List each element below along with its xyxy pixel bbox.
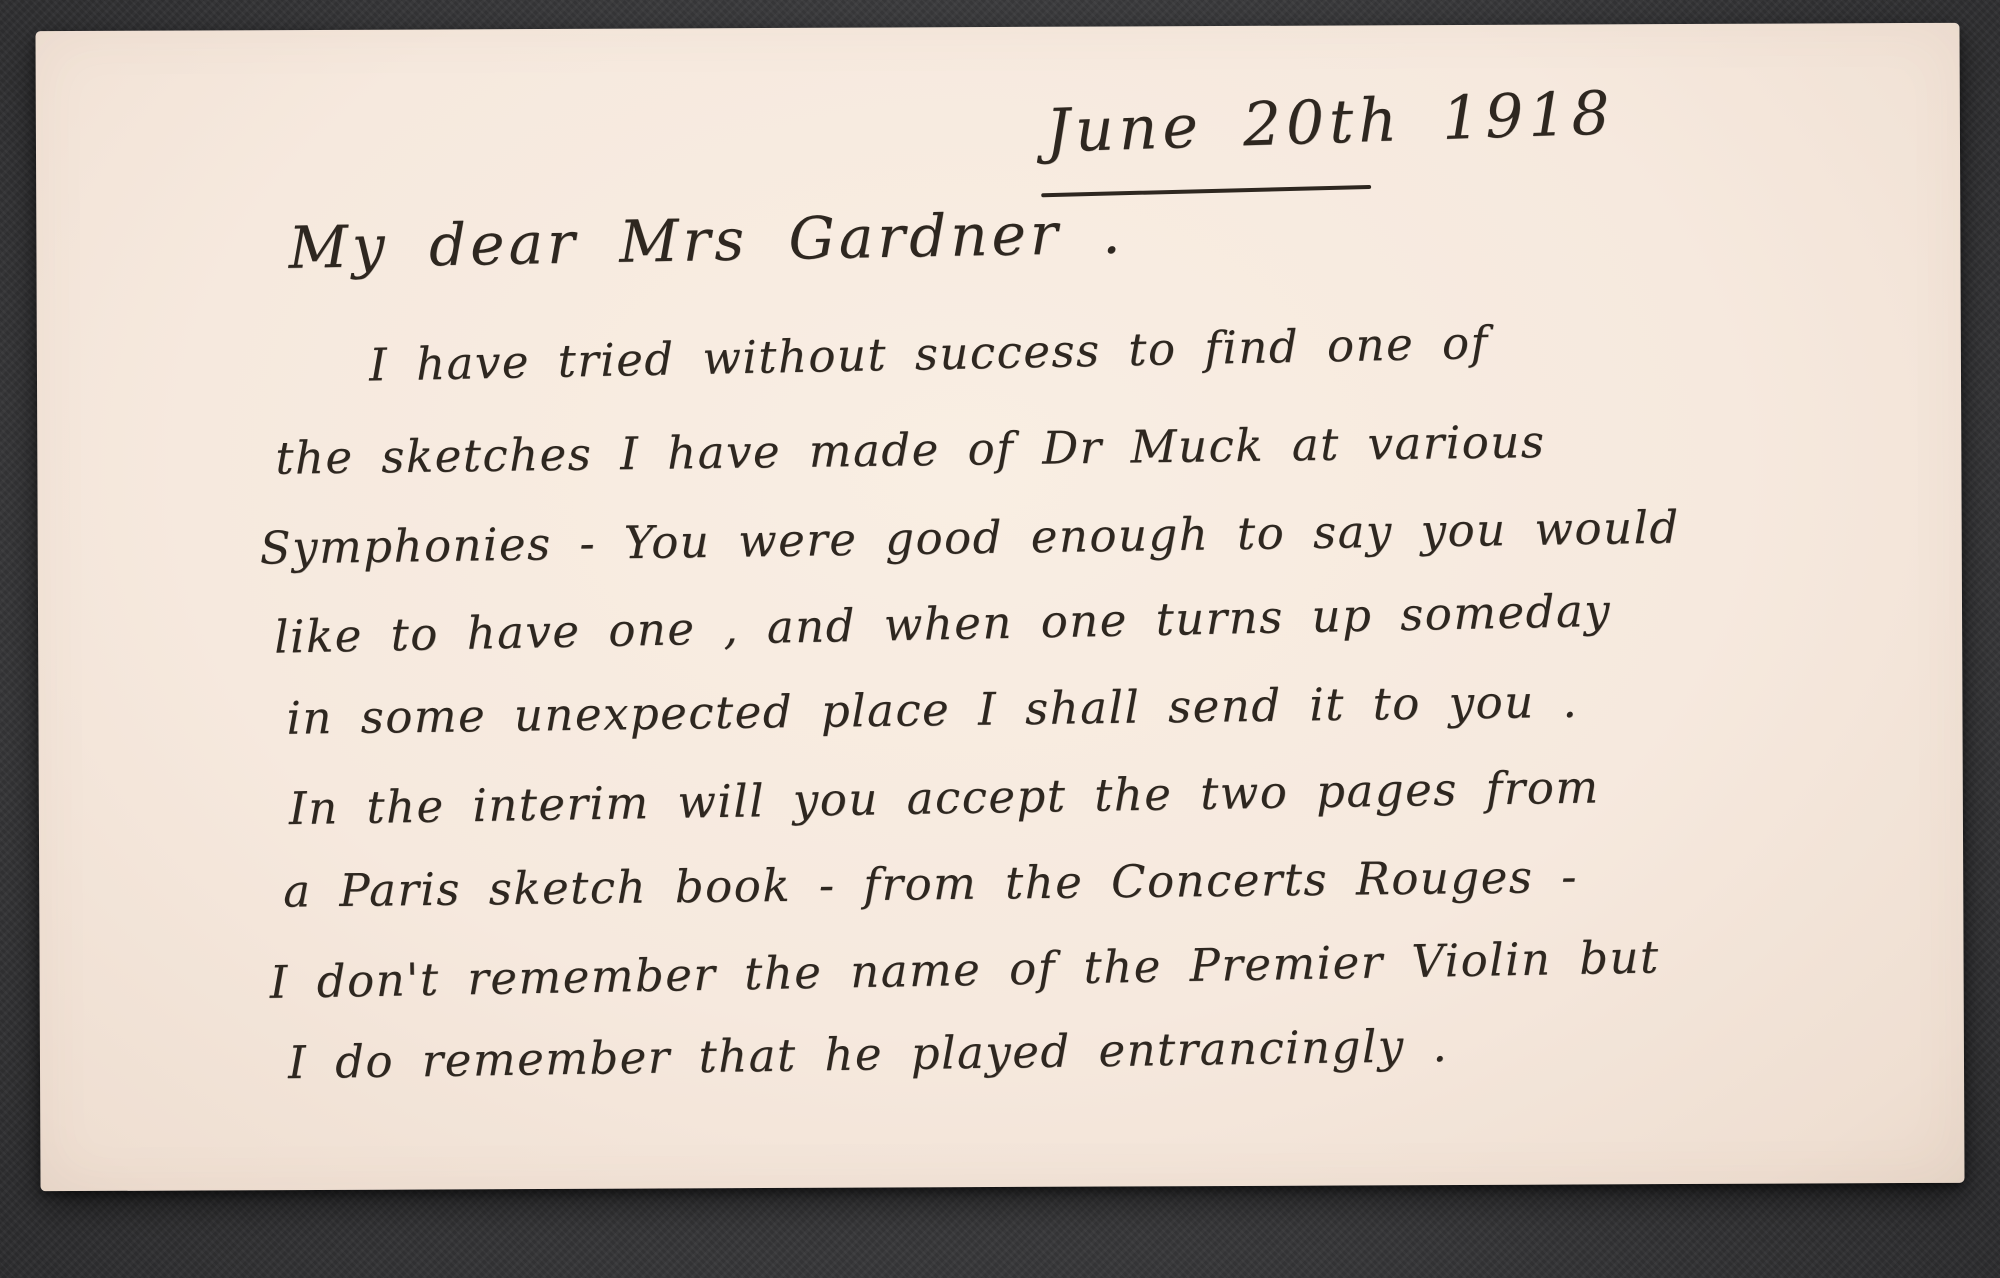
- letter-body-line: I don't remember the name of the Premier…: [269, 930, 1660, 1008]
- letter-body-line: the sketches I have made of Dr Muck at v…: [275, 415, 1546, 485]
- letter-salutation: My dear Mrs Gardner .: [288, 199, 1125, 282]
- letter-body-line: I have tried without success to find one…: [368, 316, 1489, 391]
- letter-body-line: a Paris sketch book - from the Concerts …: [283, 850, 1578, 918]
- letter-body-line: Symphonies - You were good enough to say…: [259, 501, 1680, 575]
- letter-date: June 20th 1918: [1045, 78, 1616, 166]
- date-underline: [1041, 185, 1371, 197]
- letter-paper: June 20th 1918 My dear Mrs Gardner . I h…: [35, 23, 1964, 1191]
- letter-body-line: in some unexpected place I shall send it…: [286, 675, 1578, 745]
- letter-body-line: In the interim will you accept the two p…: [288, 760, 1599, 835]
- letter-body-line: I do remember that he played entrancingl…: [288, 1019, 1449, 1089]
- photo-background: June 20th 1918 My dear Mrs Gardner . I h…: [0, 0, 2000, 1278]
- letter-body-line: like to have one , and when one turns up…: [274, 584, 1612, 664]
